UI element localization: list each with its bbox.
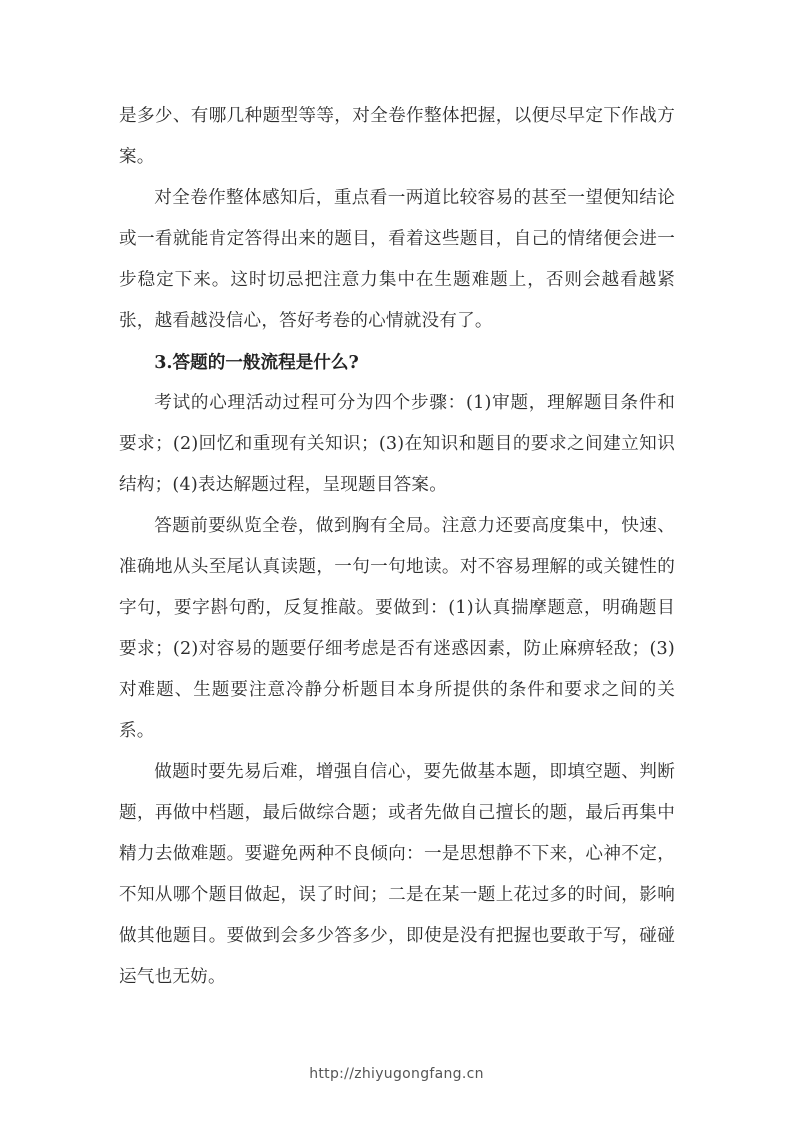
paragraph-continuation: 是多少、有哪几种题型等等，对全卷作整体把握，以便尽早定下作战方案。 xyxy=(119,96,675,178)
paragraph-four-steps: 考试的心理活动过程可分为四个步骤：(1)审题，理解题目条件和要求；(2)回忆和重… xyxy=(119,383,675,506)
paragraph-reading: 答题前要纵览全卷，做到胸有全局。注意力还要高度集中，快速、准确地从头至尾认真读题… xyxy=(119,506,675,752)
footer-link[interactable]: http://zhiyugongfang.cn xyxy=(309,1066,484,1082)
paragraph-order: 做题时要先易后难，增强自信心，要先做基本题，即填空题、判断题，再做中档题，最后做… xyxy=(119,752,675,998)
section-heading: 3.答题的一般流程是什么? xyxy=(119,342,675,383)
footer-url: http://zhiyugongfang.cn xyxy=(0,1066,793,1082)
paragraph-overview: 对全卷作整体感知后，重点看一两道比较容易的甚至一望便知结论或一看就能肯定答得出来… xyxy=(119,178,675,342)
document-body: 是多少、有哪几种题型等等，对全卷作整体把握，以便尽早定下作战方案。 对全卷作整体… xyxy=(119,96,675,998)
